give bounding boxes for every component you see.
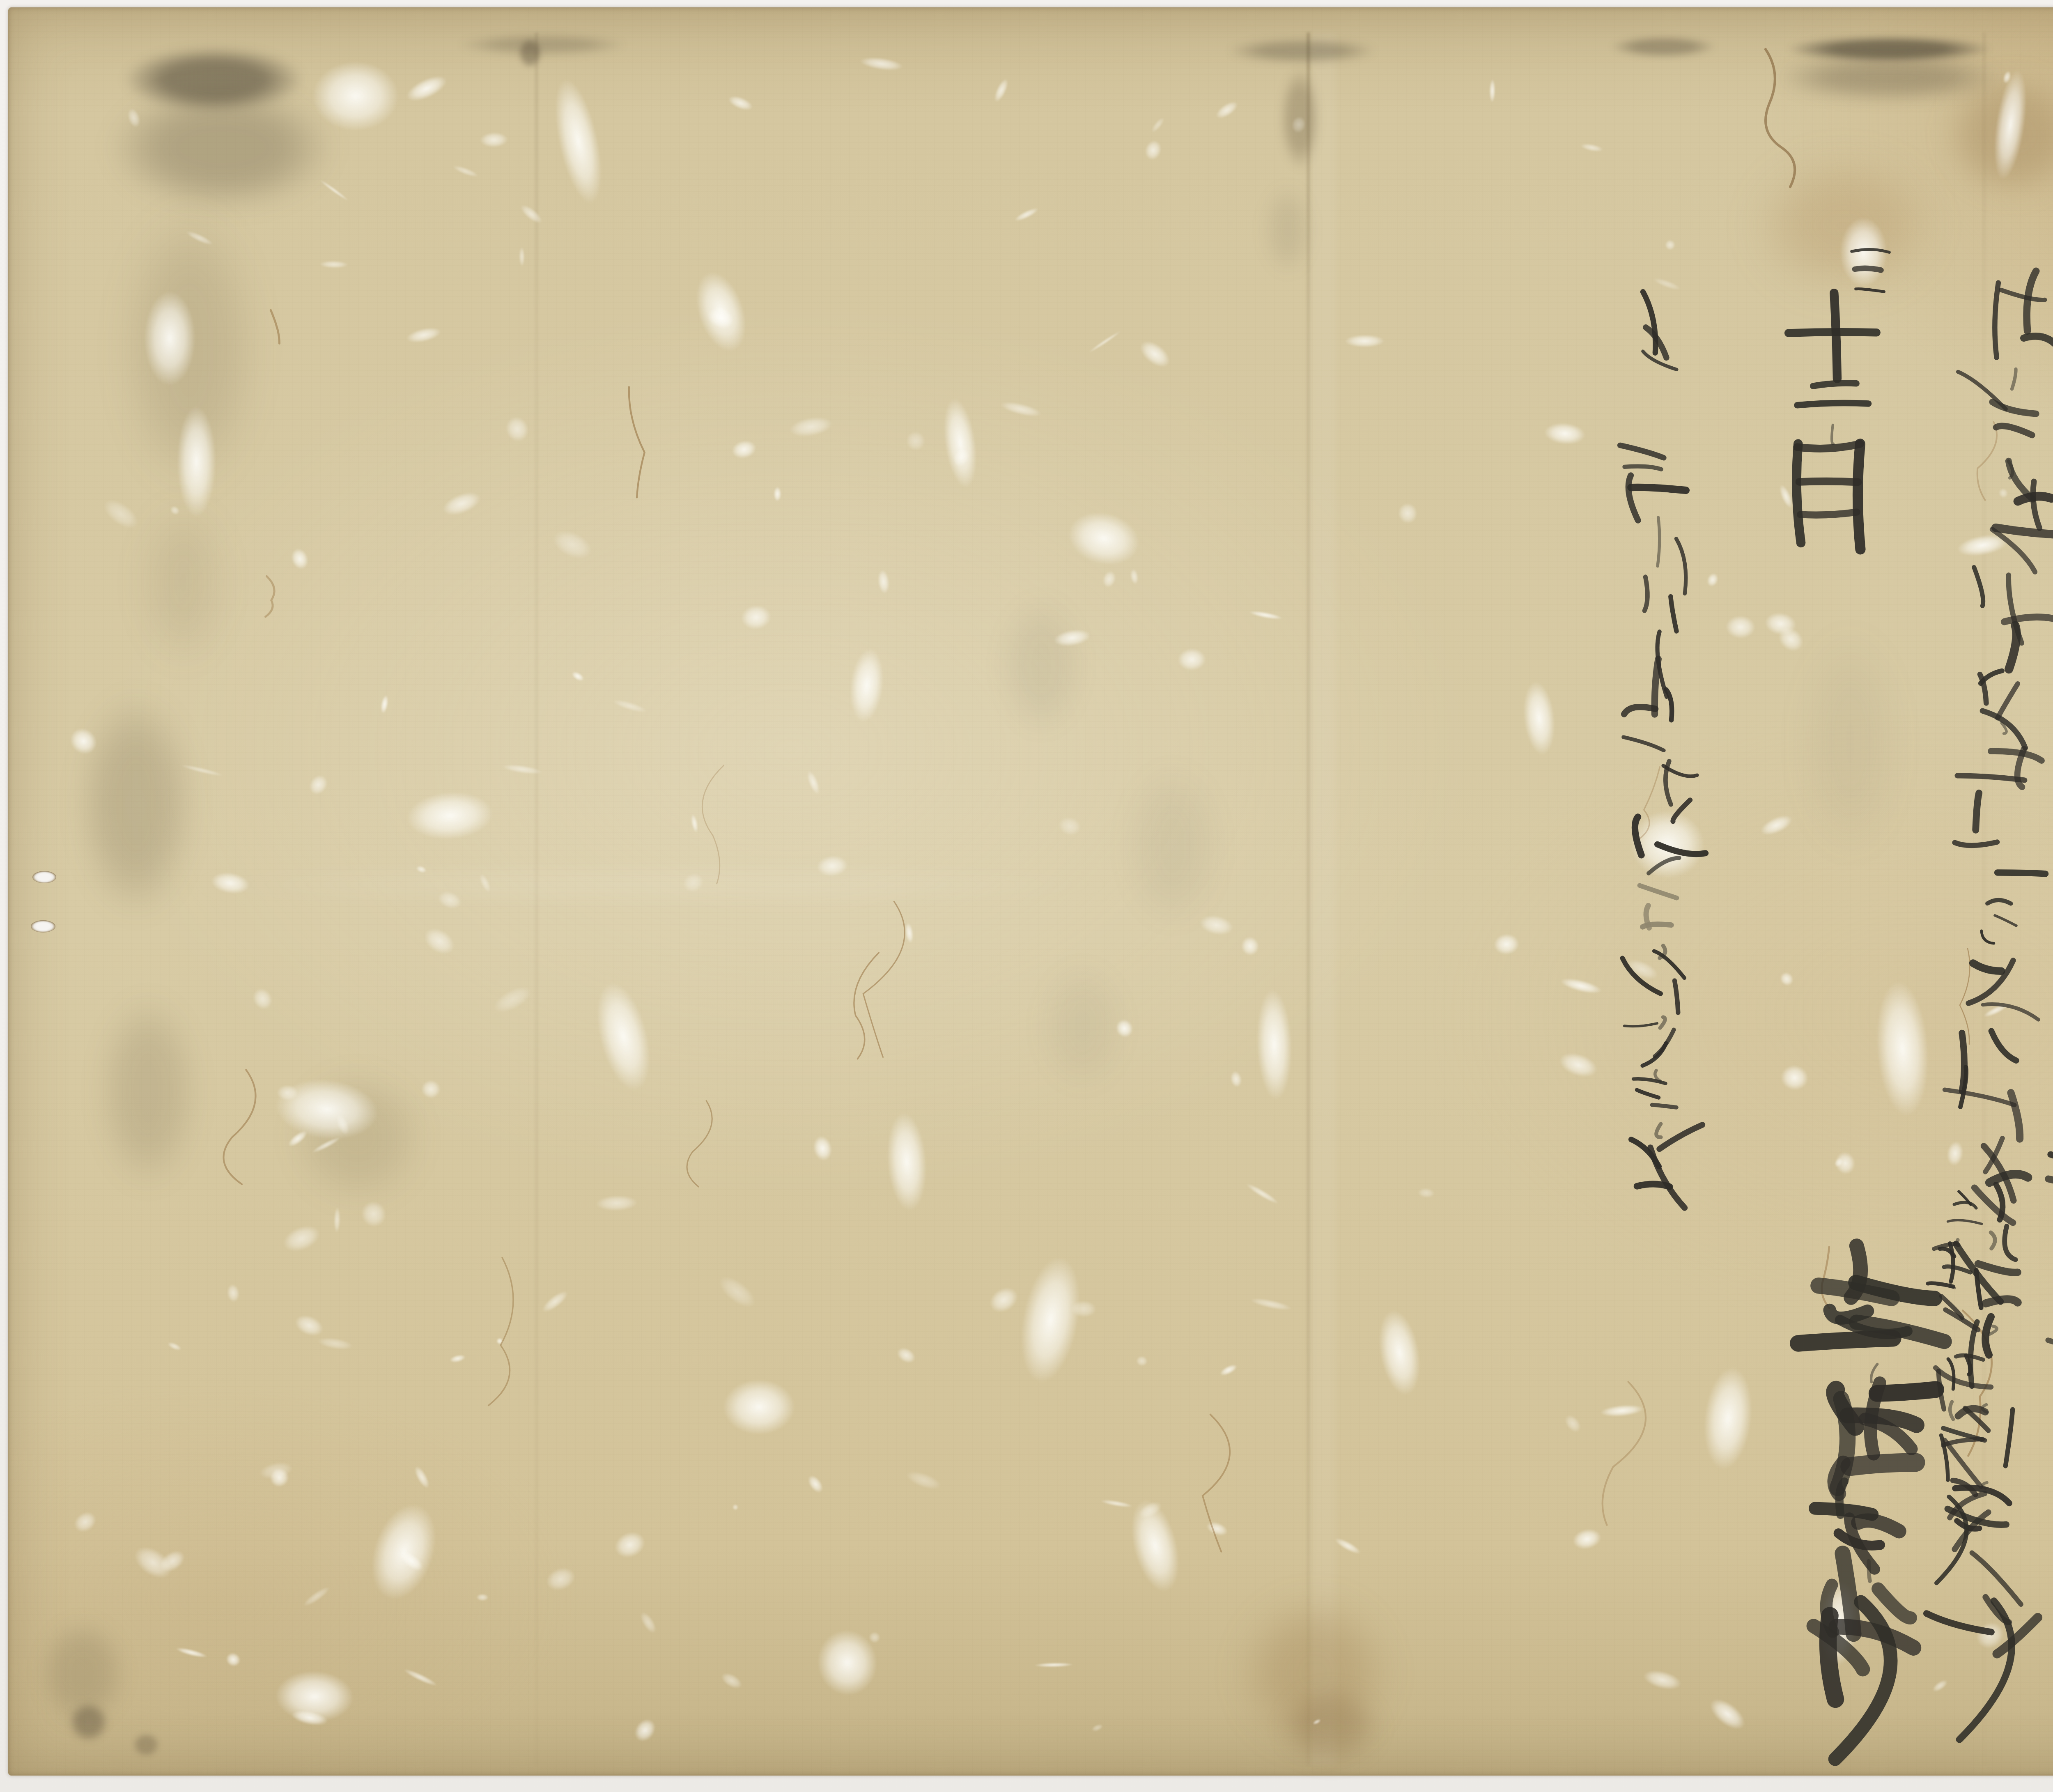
white-damage-patch [1249,609,1283,621]
paper-stain [1273,51,1327,186]
white-damage-patch [804,769,822,796]
white-damage-patch [1833,1156,1845,1169]
white-damage-patch [1255,989,1293,1101]
white-damage-patch [184,229,214,247]
white-damage-patch [1333,1535,1363,1556]
white-damage-patch [476,1594,489,1601]
paper-stain [1922,53,2053,217]
white-damage-patch [1624,956,1661,984]
white-damage-patch [1177,648,1206,671]
paper-stain [1594,32,1733,61]
white-damage-patch [1417,1188,1435,1199]
white-damage-patch [1489,79,1495,103]
paper-stain [1741,47,2037,108]
white-damage-patch [1218,1362,1238,1377]
paper-stain [25,862,1298,907]
white-damage-patch [732,1504,739,1511]
white-damage-patch [884,1111,930,1212]
white-damage-patch [546,75,611,208]
white-damage-patch [719,1670,744,1692]
white-damage-patch [1652,276,1681,292]
white-damage-patch [1982,1002,2009,1019]
white-damage-patch [415,864,427,874]
white-damage-patch [1872,979,1933,1118]
white-damage-patch [805,1473,826,1496]
white-damage-patch [1571,1526,1603,1552]
white-damage-patch [129,1540,177,1585]
white-damage-patch [290,1708,329,1728]
white-damage-patch [1063,505,1145,572]
white-damage-patch [723,1379,795,1435]
white-damage-patch [630,1715,660,1746]
white-damage-patch [1705,1693,1750,1735]
white-damage-patch [1840,217,1887,287]
white-damage-patch [156,1546,188,1576]
white-damage-patch [440,487,484,520]
white-damage-patch [496,1337,504,1345]
paper-stain [1754,32,2025,67]
punch-hole-left-top [32,871,56,883]
white-damage-patch [859,55,904,73]
white-damage-patch [1779,1063,1811,1092]
white-damage-patch [177,406,216,517]
white-damage-patch [209,870,250,896]
white-damage-patch [502,763,543,776]
paper-stain [1203,34,1401,67]
white-damage-patch [223,1650,243,1669]
white-damage-patch [1931,1678,1949,1694]
white-damage-patch [680,870,707,896]
white-damage-patch [811,1134,834,1163]
paper-stain [1216,1572,1413,1774]
white-damage-patch [1777,483,1795,510]
white-damage-patch [1699,1365,1757,1472]
white-damage-patch [333,1207,341,1233]
white-damage-patch [1562,1412,1584,1435]
white-damage-patch [519,247,525,267]
paper-stain [25,1601,140,1745]
white-damage-patch [502,413,532,445]
white-damage-patch [420,923,459,960]
white-damage-patch [999,399,1043,420]
white-damage-patch [690,813,700,833]
white-damage-patch [175,1645,208,1659]
paper-stain [1265,1675,1396,1778]
white-damage-patch [637,1610,659,1636]
white-damage-patch [71,1507,100,1536]
paper-stain [74,65,370,230]
white-damage-patch [1520,680,1558,757]
white-damage-patch [1245,1181,1280,1206]
white-damage-patch [452,163,479,179]
white-damage-patch [273,1074,381,1144]
white-damage-patch [539,1287,571,1316]
paper-stain [1109,739,1236,952]
white-damage-patch [99,494,143,534]
scan-background: 116 浚し皆願ひ着 右武 冥加々し次第子孫お傳仕度申候 皆何平私緣ニ仕次横目㝡… [0,0,2053,1792]
white-damage-patch [319,178,350,202]
white-damage-patch [1956,531,2009,560]
paper-stain [1257,172,1318,287]
manuscript-sheet: 116 [8,7,2053,1776]
white-damage-patch [705,303,737,332]
punch-hole-left-bottom [31,920,55,933]
white-damage-patch [904,429,928,453]
white-damage-patch [816,854,849,878]
white-damage-patch [877,569,891,595]
white-damage-patch [1312,1718,1322,1725]
white-damage-patch [1142,138,1164,162]
white-damage-patch [1100,1498,1133,1509]
white-damage-patch [904,1468,943,1493]
white-damage-patch [726,93,755,113]
white-damage-patch [1664,239,1676,251]
white-damage-patch [169,504,181,517]
white-damage-patch [258,1460,294,1482]
white-damage-patch [317,1336,353,1352]
white-damage-patch [868,1631,882,1644]
white-damage-patch [1123,1495,1188,1597]
white-damage-patch [1034,1662,1073,1668]
paper-stain [986,574,1097,755]
white-damage-patch [379,694,390,714]
white-damage-patch [292,1311,326,1340]
white-damage-patch [277,1085,298,1100]
paper-stain [1787,595,1914,891]
paper-stain [1725,135,1963,316]
white-damage-patch [1543,421,1587,446]
white-damage-patch [951,446,973,469]
white-damage-patch [357,1197,390,1231]
white-damage-patch [1290,115,1308,134]
white-damage-patch [311,1135,342,1155]
white-damage-patch [312,61,399,131]
white-damage-patch [397,1548,426,1575]
white-damage-patch [334,1113,352,1137]
white-damage-patch [992,77,1011,104]
white-damage-patch [2001,70,2012,85]
white-damage-patch [275,1670,354,1724]
white-damage-patch [1249,1296,1293,1313]
paper-stain [83,965,214,1219]
paper-stain [128,476,239,689]
white-damage-patch [1971,1617,2009,1654]
white-damage-patch [319,261,349,269]
white-damage-patch [1198,912,1235,938]
white-damage-patch [939,396,982,490]
white-damage-patch [1726,615,1756,639]
white-damage-patch [249,985,276,1013]
white-damage-patch [421,1080,441,1099]
paper-damage-layer [9,8,2053,1775]
paper-stain [432,30,653,59]
white-damage-patch [280,1221,324,1256]
white-damage-patch [1600,1403,1644,1418]
white-damage-patch [1373,1307,1426,1398]
white-damage-patch [904,922,914,944]
white-damage-patch [1136,1498,1164,1522]
white-damage-patch [360,1496,447,1608]
white-damage-patch [266,1465,292,1490]
white-damage-patch [611,1527,650,1562]
white-damage-patch [1057,814,1083,838]
white-damage-patch [1629,809,1706,880]
white-damage-patch [1997,487,2009,499]
white-damage-patch [1345,335,1385,348]
white-damage-patch [1777,970,1796,988]
white-damage-patch [1012,1252,1089,1388]
white-damage-patch [542,1564,578,1595]
white-damage-patch [1989,68,2032,181]
white-damage-patch [1641,1667,1683,1693]
white-damage-patch [612,697,648,715]
white-damage-patch [687,266,755,358]
paper-stain [95,37,333,123]
white-damage-patch [402,1666,439,1688]
white-damage-patch [1136,336,1175,372]
white-damage-patch [2050,270,2053,395]
white-damage-patch [1240,935,1261,956]
white-damage-patch [1213,98,1240,122]
white-damage-patch [144,291,195,386]
white-damage-patch [490,981,535,1017]
white-damage-patch [1087,329,1122,354]
white-damage-patch [1945,1140,1965,1167]
white-damage-patch [1150,116,1167,134]
white-damage-patch [788,414,834,439]
white-damage-patch [549,525,597,564]
white-damage-patch [894,1345,918,1367]
paper-stain [271,1051,444,1223]
white-damage-patch [1013,205,1040,223]
white-damage-patch [1834,1150,1857,1176]
white-damage-patch [847,647,887,724]
white-damage-patch [1396,501,1419,526]
white-damage-patch [1764,611,1798,637]
white-damage-patch [436,889,464,912]
white-damage-patch [740,604,772,631]
white-damage-patch [1705,571,1720,588]
white-damage-patch [518,202,545,226]
white-damage-patch [730,438,758,461]
white-damage-patch [1129,568,1139,585]
paper-stain [99,160,280,538]
white-damage-patch [1071,1300,1097,1317]
white-damage-patch [403,71,450,106]
paper-stain [514,32,547,74]
white-damage-patch [1101,569,1118,589]
white-damage-patch [449,1353,466,1364]
white-damage-patch [477,873,493,894]
paper-stain [58,657,214,952]
white-damage-patch [405,789,495,842]
white-damage-patch [1204,1519,1230,1539]
white-damage-patch [1493,933,1520,956]
white-damage-patch [180,763,224,777]
white-damage-patch [813,1626,882,1700]
white-damage-patch [1774,623,1808,656]
white-damage-patch [411,1464,432,1490]
white-damage-patch [1053,627,1092,649]
white-damage-patch [289,546,312,572]
paper-stain [128,1728,165,1761]
white-damage-patch [480,132,508,148]
white-damage-patch [1135,1355,1148,1367]
white-damage-patch [1580,142,1603,153]
white-damage-patch [405,325,443,345]
white-damage-patch [1113,1017,1136,1041]
white-damage-patch [587,977,660,1096]
white-damage-patch [226,1283,240,1303]
white-damage-patch [1229,1070,1243,1088]
white-damage-patch [1556,1048,1601,1081]
white-damage-patch [1559,975,1603,997]
white-damage-patch [305,772,331,798]
paper-stain [1027,944,1138,1108]
white-damage-patch [714,1271,760,1313]
white-damage-patch [64,723,102,760]
white-damage-patch [596,1195,638,1211]
white-damage-patch [774,487,782,502]
white-damage-patch [301,1584,332,1609]
white-damage-patch [166,1340,182,1352]
white-damage-patch [125,107,142,129]
white-damage-patch [1091,1723,1104,1733]
white-damage-patch [1816,1579,1861,1668]
white-damage-patch [286,1128,310,1149]
white-damage-patch [1758,811,1795,839]
white-damage-patch [985,1282,1022,1317]
paper-stain [62,1696,115,1749]
white-damage-patch [570,670,586,683]
